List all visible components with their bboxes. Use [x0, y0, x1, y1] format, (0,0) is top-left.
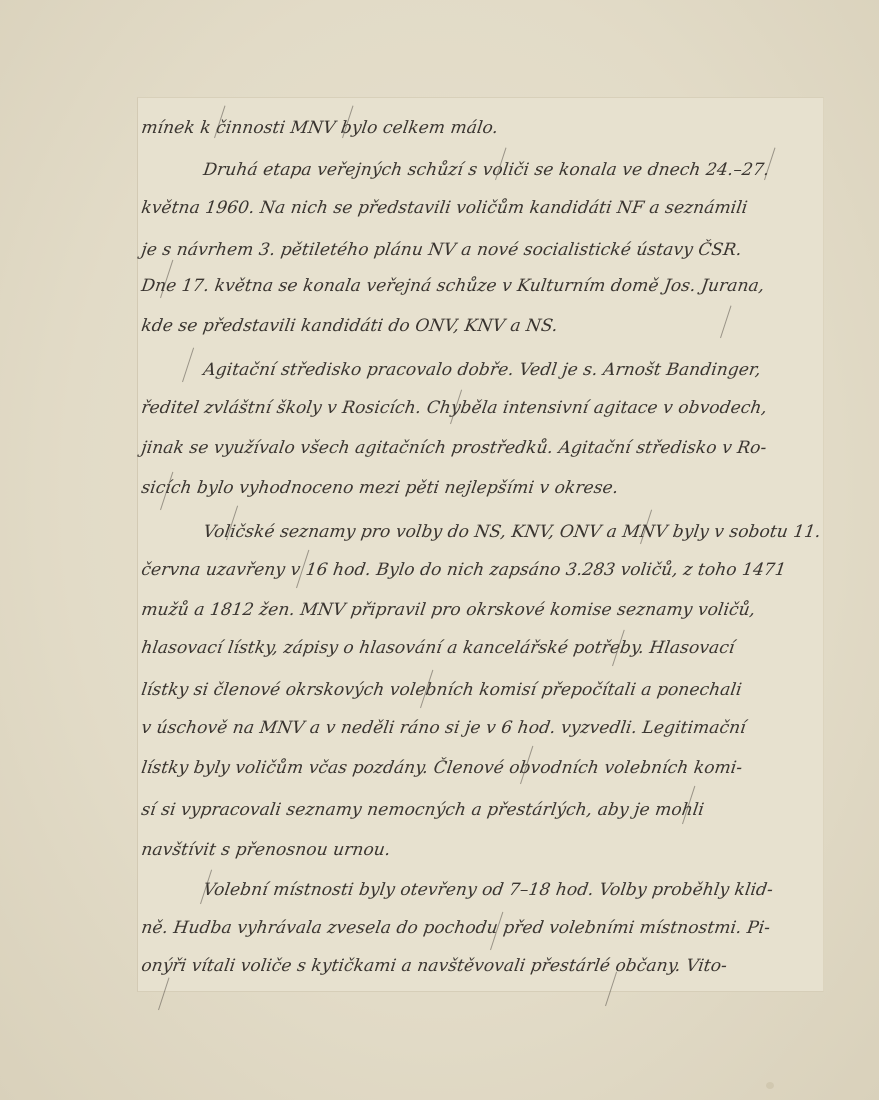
text-line: Dne 17. května se konala veřejná schůze … — [140, 276, 833, 296]
text-line: hlasovací lístky, zápisy o hlasování a k… — [140, 638, 833, 658]
text-line: ředitel zvláštní školy v Rosicích. Chybě… — [140, 398, 833, 418]
text-line: Voličské seznamy pro volby do NS, KNV, O… — [140, 522, 833, 542]
text-line: sí si vypracovali seznamy nemocných a př… — [140, 800, 833, 820]
text-line: lístky byly voličům včas pozdány. Členov… — [140, 758, 833, 778]
text-line: května 1960. Na nich se představili voli… — [140, 198, 833, 218]
text-line: Druhá etapa veřejných schůzí s voliči se… — [140, 160, 833, 180]
text-line: Volební místnosti byly otevřeny od 7–18 … — [140, 880, 833, 900]
text-line: onýři vítali voliče s kytičkami a navště… — [140, 956, 833, 976]
text-line: jinak se využívalo všech agitačních pros… — [140, 438, 833, 458]
text-line: Agitační středisko pracovalo dobře. Vedl… — [140, 360, 833, 380]
text-line: navštívit s přenosnou urnou. — [140, 840, 833, 860]
text-line: mužů a 1812 žen. MNV připravil pro okrsk… — [140, 600, 833, 620]
text-line: v úschově na MNV a v neděli ráno si je v… — [140, 718, 833, 738]
text-line: června uzavřeny v 16 hod. Bylo do nich z… — [140, 560, 833, 580]
text-line: mínek k činnosti MNV bylo celkem málo. — [140, 118, 833, 138]
text-line: je s návrhem 3. pětiletého plánu NV a no… — [140, 240, 833, 260]
paper-stain — [766, 1082, 774, 1089]
text-line: kde se představili kandidáti do ONV, KNV… — [140, 316, 833, 336]
text-line: sicích bylo vyhodnoceno mezi pěti nejlep… — [140, 478, 833, 498]
text-line: lístky si členové okrskových volebních k… — [140, 680, 833, 700]
text-line: ně. Hudba vyhrávala zvesela do pochodu p… — [140, 918, 833, 938]
